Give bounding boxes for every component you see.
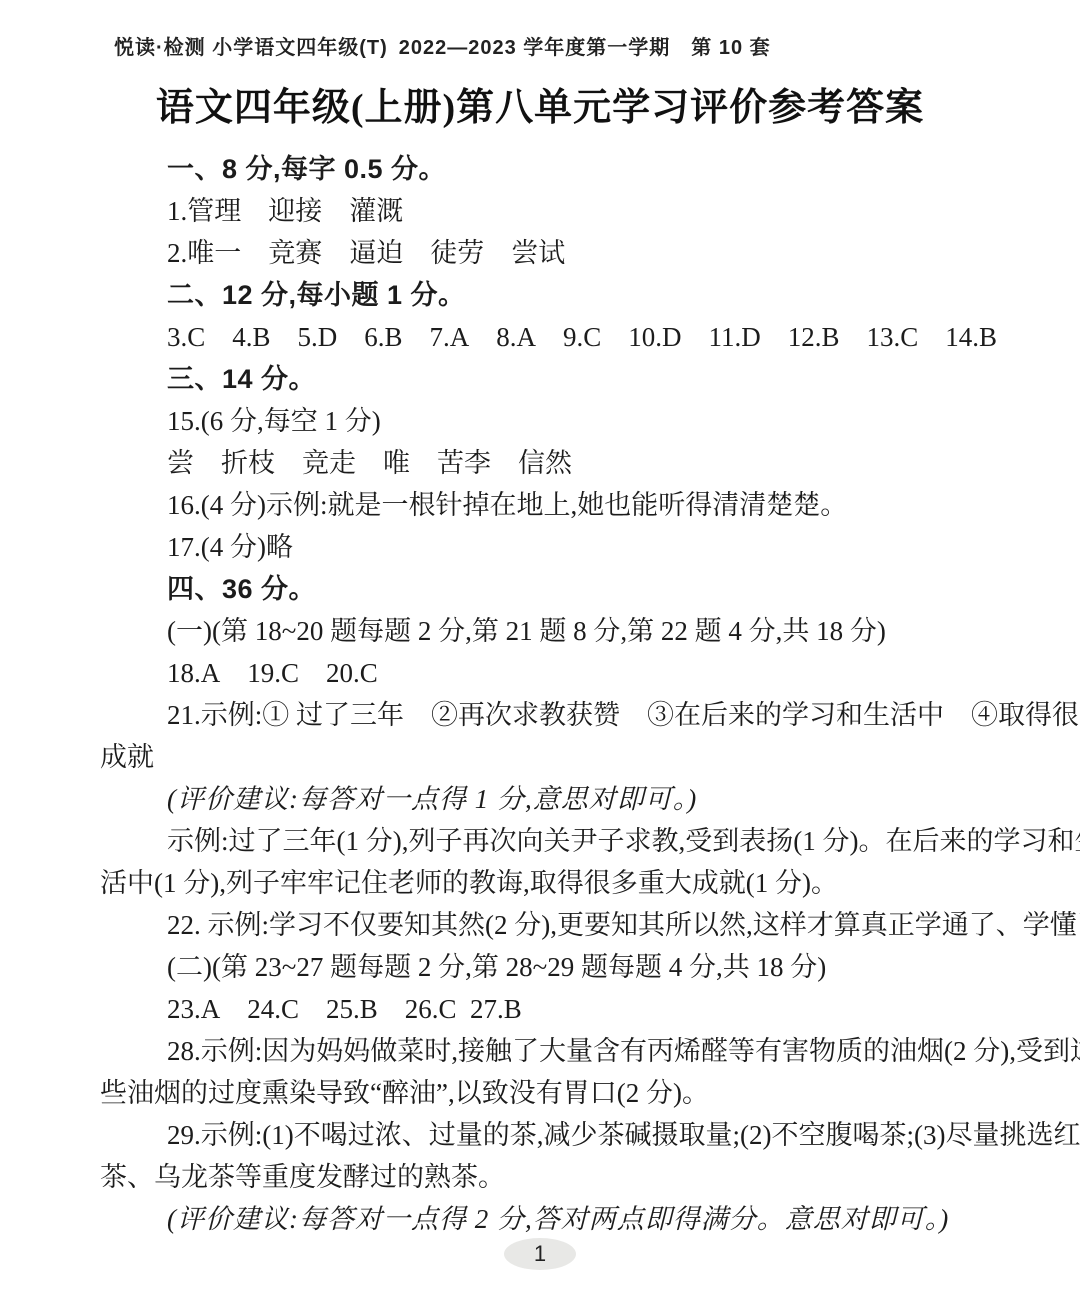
answer-line: 四、36 分。 bbox=[100, 568, 1040, 610]
answer-line: (一)(第 18~20 题每题 2 分,第 21 题 8 分,第 22 题 4 … bbox=[100, 610, 1040, 652]
answer-line: 28.示例:因为妈妈做菜时,接触了大量含有丙烯醛等有害物质的油烟(2 分),受到… bbox=[100, 1030, 1040, 1072]
answer-line: 茶、乌龙茶等重度发酵过的熟茶。 bbox=[100, 1156, 1040, 1198]
answer-line: 17.(4 分)略 bbox=[100, 526, 1040, 568]
answer-line: 二、12 分,每小题 1 分。 bbox=[100, 274, 1040, 316]
answer-line: 尝 折枝 竞走 唯 苦李 信然 bbox=[100, 442, 1040, 484]
page-number-badge: 1 bbox=[504, 1238, 576, 1270]
answer-line: (二)(第 23~27 题每题 2 分,第 28~29 题每题 4 分,共 18… bbox=[100, 946, 1040, 988]
answer-line: 2.唯一 竞赛 逼迫 徒劳 尝试 bbox=[100, 232, 1040, 274]
answer-line: 3.C 4.B 5.D 6.B 7.A 8.A 9.C 10.D 11.D 12… bbox=[100, 316, 1040, 358]
answer-key-body: 一、8 分,每字 0.5 分。1.管理 迎接 灌溉2.唯一 竞赛 逼迫 徒劳 尝… bbox=[100, 148, 1040, 1240]
booklet-header: 悦读·检测 小学语文四年级(T) 2022—2023 学年度第一学期 第 10 … bbox=[114, 31, 771, 60]
page-number: 1 bbox=[534, 1241, 546, 1266]
answer-line: 些油烟的过度熏染导致“醉油”,以致没有胃口(2 分)。 bbox=[100, 1072, 1040, 1114]
answer-line: 活中(1 分),列子牢牢记住老师的教诲,取得很多重大成就(1 分)。 bbox=[100, 862, 1040, 904]
page-title: 语文四年级(上册)第八单元学习评价参考答案 bbox=[0, 76, 1080, 131]
answer-line: 三、14 分。 bbox=[100, 358, 1040, 400]
answer-line: 1.管理 迎接 灌溉 bbox=[100, 190, 1040, 232]
answer-line: (评价建议:每答对一点得 2 分,答对两点即得满分。意思对即可。) bbox=[100, 1198, 1040, 1240]
answer-line: 一、8 分,每字 0.5 分。 bbox=[100, 148, 1040, 190]
answer-line: 16.(4 分)示例:就是一根针掉在地上,她也能听得清清楚楚。 bbox=[100, 484, 1040, 526]
answer-line: 21.示例:① 过了三年 ②再次求教获赞 ③在后来的学习和生活中 ④取得很多重大 bbox=[100, 694, 1040, 736]
answer-line: 示例:过了三年(1 分),列子再次向关尹子求教,受到表扬(1 分)。在后来的学习… bbox=[100, 820, 1040, 862]
answer-line: 23.A 24.C 25.B 26.C 27.B bbox=[100, 988, 1040, 1030]
answer-line: 15.(6 分,每空 1 分) bbox=[100, 400, 1040, 442]
answer-line: 29.示例:(1)不喝过浓、过量的茶,减少茶碱摄取量;(2)不空腹喝茶;(3)尽… bbox=[100, 1114, 1040, 1156]
answer-line: 成就 bbox=[100, 736, 1040, 778]
answer-line: (评价建议:每答对一点得 1 分,意思对即可。) bbox=[100, 778, 1040, 820]
answer-line: 22. 示例:学习不仅要知其然(2 分),更要知其所以然,这样才算真正学通了、学… bbox=[100, 904, 1040, 946]
answer-line: 18.A 19.C 20.C bbox=[100, 652, 1040, 694]
